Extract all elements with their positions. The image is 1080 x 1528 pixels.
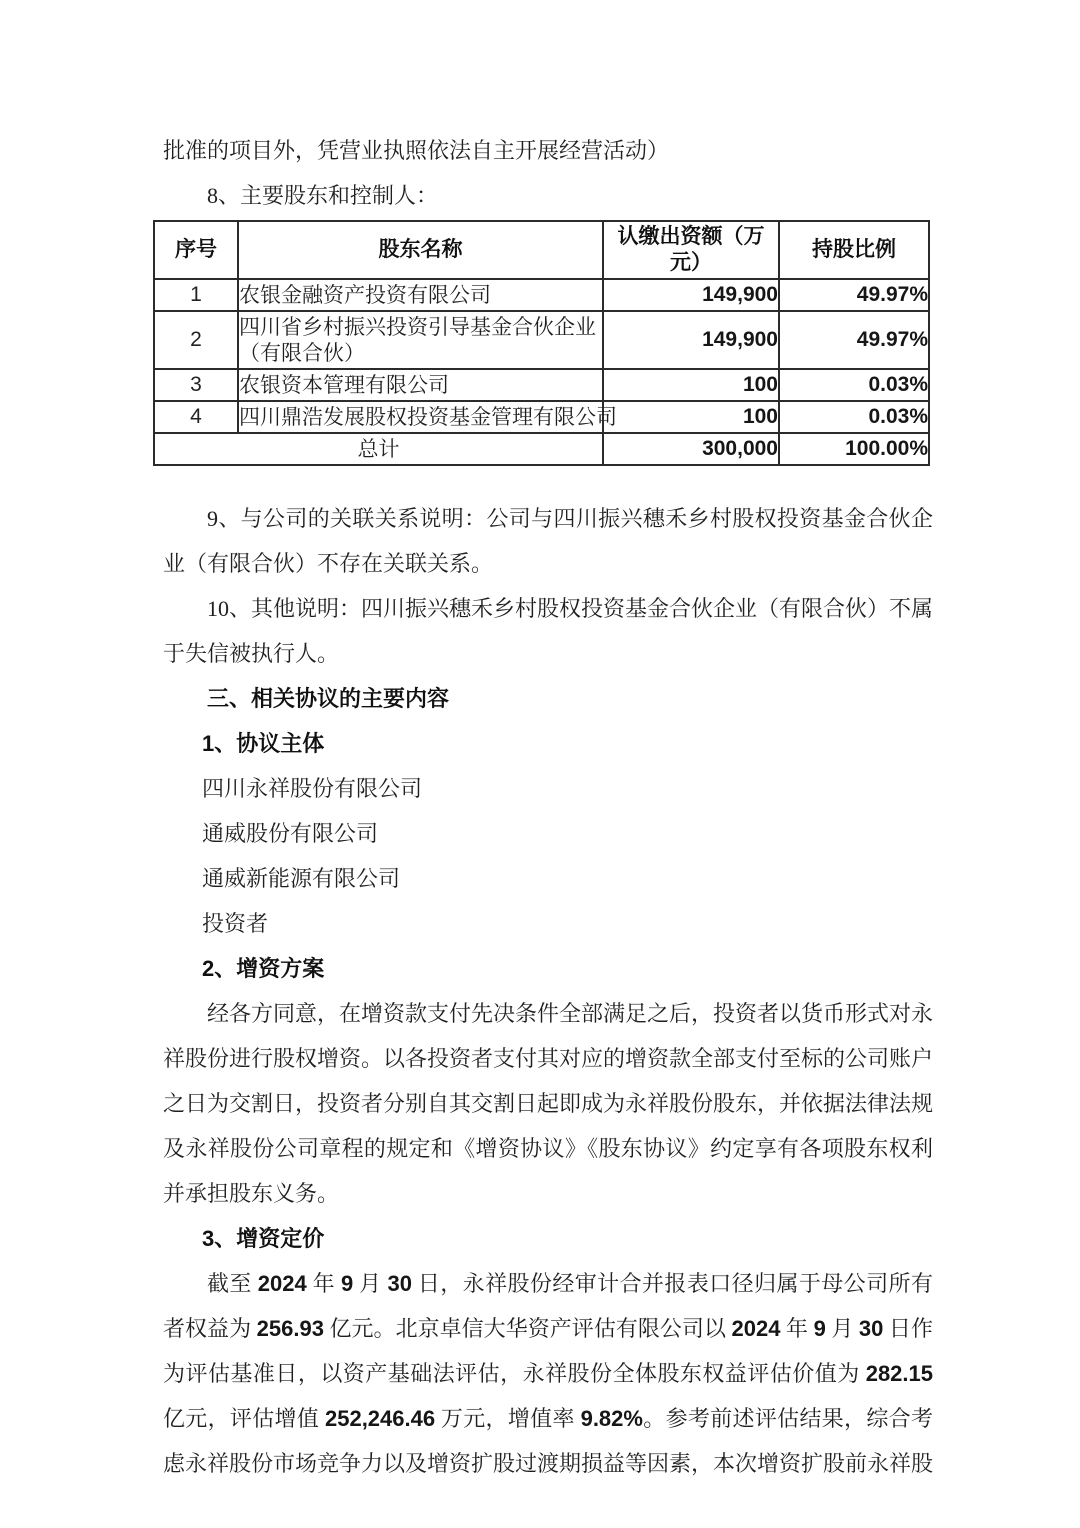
shareholder-name-line: 四川省乡村振兴投资引导基金合伙企业	[239, 314, 602, 340]
party-name: 投资者	[163, 901, 933, 946]
section8-heading: 8、主要股东和控制人：	[163, 173, 933, 218]
text-run: 亿元，评估增值	[163, 1406, 325, 1431]
table-row: 4 四川鼎浩发展股权投资基金管理有限公司 100 0.03%	[154, 401, 929, 433]
shareholder-name: 农银资本管理有限公司	[238, 369, 603, 401]
subscribed-amount: 100	[603, 401, 779, 433]
header-cell-name: 股东名称	[238, 221, 603, 279]
header-cell-amount: 认缴出资额（万元）	[603, 221, 779, 279]
section3-heading: 三、相关协议的主要内容	[163, 676, 933, 721]
subscribed-amount: 100	[603, 369, 779, 401]
numeric-run: 30	[387, 1271, 411, 1296]
pricing-paragraph: 截至 2024 年 9 月 30 日，永祥股份经审计合并报表口径归属于母公司所有…	[163, 1261, 933, 1486]
numeric-run: 2024	[258, 1271, 307, 1296]
numeric-run: 2024	[732, 1316, 781, 1341]
table-row: 1 农银金融资产投资有限公司 149,900 49.97%	[154, 279, 929, 311]
shareholding-ratio: 49.97%	[779, 279, 929, 311]
table-header-row: 序号 股东名称 认缴出资额（万元） 持股比例	[154, 221, 929, 279]
shareholder-name-line: 农银资本管理有限公司	[239, 372, 602, 398]
intro-line: 批准的项目外，凭营业执照依法自主开展经营活动）	[163, 128, 933, 173]
subsection1-heading: 1、协议主体	[163, 721, 933, 766]
header-cell-no: 序号	[154, 221, 238, 279]
shareholder-name-line: 四川鼎浩发展股权投资基金管理有限公司	[239, 404, 602, 430]
section10-paragraph: 10、其他说明：四川振兴穗禾乡村股权投资基金合伙企业（有限合伙）不属于失信被执行…	[163, 586, 933, 676]
capital-increase-plan-paragraph: 经各方同意，在增资款支付先决条件全部满足之后，投资者以货币形式对永祥股份进行股权…	[163, 991, 933, 1216]
numeric-run: 9.82%	[581, 1406, 643, 1431]
header-cell-ratio: 持股比例	[779, 221, 929, 279]
numeric-run: 30	[859, 1316, 883, 1341]
shareholding-ratio: 0.03%	[779, 369, 929, 401]
subsection2-heading: 2、增资方案	[163, 946, 933, 991]
text-run: 亿元。北京卓信大华资产评估有限公司以	[324, 1316, 732, 1341]
party-name: 通威股份有限公司	[163, 811, 933, 856]
row-no: 3	[154, 369, 238, 401]
subscribed-amount: 149,900	[603, 279, 779, 311]
subsection3-heading: 3、增资定价	[163, 1216, 933, 1261]
numeric-run: 9	[814, 1316, 826, 1341]
row-no: 1	[154, 279, 238, 311]
party-name: 通威新能源有限公司	[163, 856, 933, 901]
total-amount: 300,000	[603, 433, 779, 465]
table-row: 3 农银资本管理有限公司 100 0.03%	[154, 369, 929, 401]
numeric-run: 256.93	[257, 1316, 324, 1341]
total-label: 总计	[154, 433, 603, 465]
shareholder-name: 农银金融资产投资有限公司	[238, 279, 603, 311]
shareholding-ratio: 0.03%	[779, 401, 929, 433]
numeric-run: 282.15	[866, 1361, 933, 1386]
table-row: 2 四川省乡村振兴投资引导基金合伙企业 （有限合伙） 149,900 49.97…	[154, 311, 929, 369]
text-run: 月	[826, 1316, 859, 1341]
text-run: 年	[307, 1271, 341, 1296]
numeric-run: 252,246.46	[325, 1406, 435, 1431]
text-run: 万元，增值率	[435, 1406, 580, 1431]
numeric-run: 9	[341, 1271, 353, 1296]
party-name: 四川永祥股份有限公司	[163, 766, 933, 811]
subscribed-amount: 149,900	[603, 311, 779, 369]
document-page: 批准的项目外，凭营业执照依法自主开展经营活动） 8、主要股东和控制人： 序号 股…	[0, 0, 1080, 1528]
text-run: 月	[353, 1271, 387, 1296]
row-no: 2	[154, 311, 238, 369]
shareholding-ratio: 49.97%	[779, 311, 929, 369]
shareholder-name: 四川省乡村振兴投资引导基金合伙企业 （有限合伙）	[238, 311, 603, 369]
text-run: 截至	[207, 1271, 258, 1296]
table-total-row: 总计 300,000 100.00%	[154, 433, 929, 465]
total-ratio: 100.00%	[779, 433, 929, 465]
shareholders-table: 序号 股东名称 认缴出资额（万元） 持股比例 1 农银金融资产投资有限公司 14…	[153, 220, 930, 466]
row-no: 4	[154, 401, 238, 433]
text-run: 年	[780, 1316, 813, 1341]
section9-paragraph: 9、与公司的关联关系说明：公司与四川振兴穗禾乡村股权投资基金合伙企业（有限合伙）…	[163, 496, 933, 586]
shareholder-name-line: 农银金融资产投资有限公司	[239, 282, 602, 308]
shareholder-name-line: （有限合伙）	[239, 340, 602, 366]
shareholder-name: 四川鼎浩发展股权投资基金管理有限公司	[238, 401, 603, 433]
